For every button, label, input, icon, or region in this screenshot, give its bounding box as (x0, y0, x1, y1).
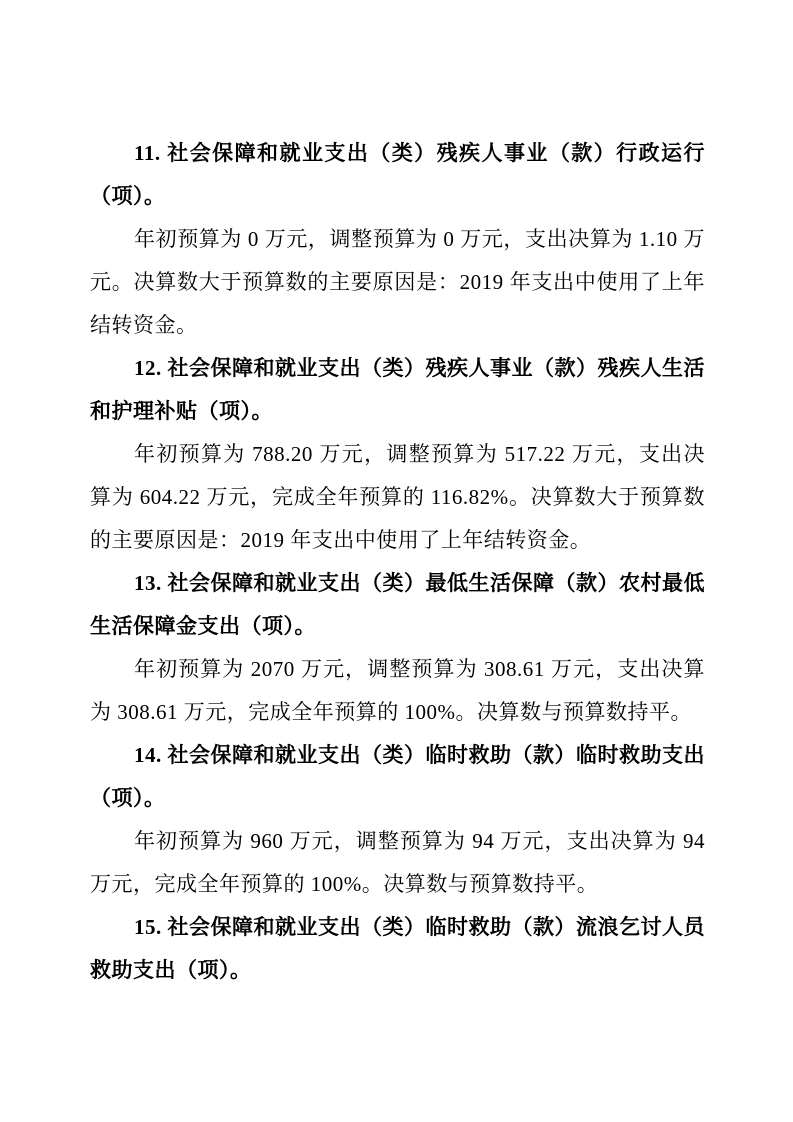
section-heading: 13. 社会保障和就业支出（类）最低生活保障（款）农村最低生活保障金支出（项）。 (90, 562, 705, 648)
budget-item-11: 11. 社会保障和就业支出（类）残疾人事业（款）行政运行（项）。 年初预算为 0… (90, 132, 705, 347)
section-body: 年初预算为 0 万元，调整预算为 0 万元，支出决算为 1.10 万元。决算数大… (90, 218, 705, 347)
section-body: 年初预算为 2070 万元，调整预算为 308.61 万元，支出决算为 308.… (90, 648, 705, 734)
budget-item-12: 12. 社会保障和就业支出（类）残疾人事业（款）残疾人生活和护理补贴（项）。 年… (90, 347, 705, 562)
budget-item-14: 14. 社会保障和就业支出（类）临时救助（款）临时救助支出（项）。 年初预算为 … (90, 734, 705, 906)
section-heading: 12. 社会保障和就业支出（类）残疾人事业（款）残疾人生活和护理补贴（项）。 (90, 347, 705, 433)
section-heading: 11. 社会保障和就业支出（类）残疾人事业（款）行政运行（项）。 (90, 132, 705, 218)
section-heading: 15. 社会保障和就业支出（类）临时救助（款）流浪乞讨人员救助支出（项）。 (90, 906, 705, 992)
section-body: 年初预算为 960 万元，调整预算为 94 万元，支出决算为 94 万元，完成全… (90, 820, 705, 906)
section-body: 年初预算为 788.20 万元，调整预算为 517.22 万元，支出决算为 60… (90, 433, 705, 562)
budget-item-15: 15. 社会保障和就业支出（类）临时救助（款）流浪乞讨人员救助支出（项）。 (90, 906, 705, 992)
budget-item-13: 13. 社会保障和就业支出（类）最低生活保障（款）农村最低生活保障金支出（项）。… (90, 562, 705, 734)
section-heading: 14. 社会保障和就业支出（类）临时救助（款）临时救助支出（项）。 (90, 734, 705, 820)
document-page: 11. 社会保障和就业支出（类）残疾人事业（款）行政运行（项）。 年初预算为 0… (0, 0, 793, 1122)
